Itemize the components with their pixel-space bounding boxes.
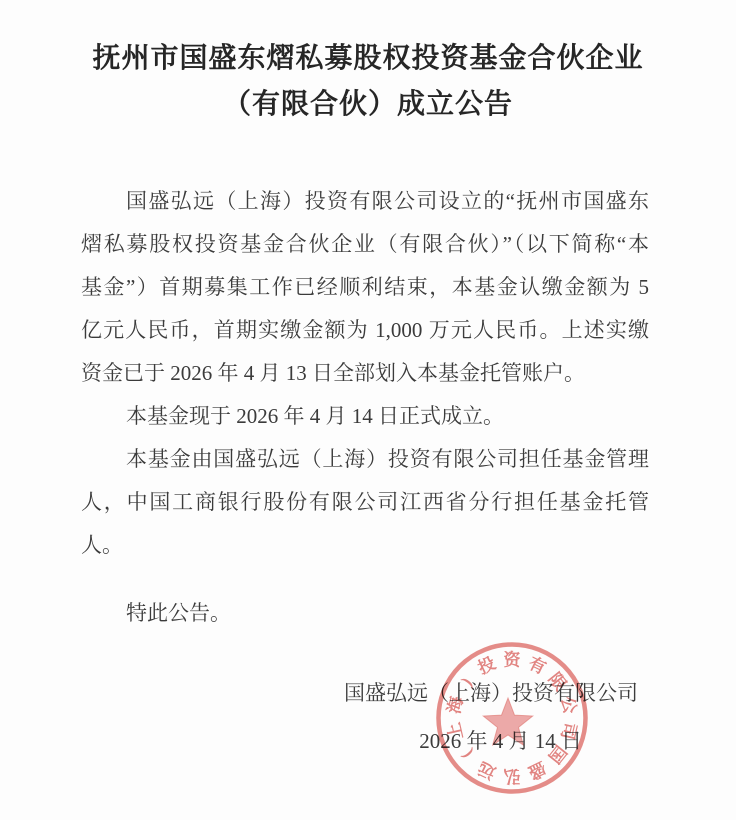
body-line: 基金”）首期募集工作已经顺利结束，本基金认缴金额为 5 — [81, 266, 649, 309]
body-line: 国盛弘远（上海）投资有限公司设立的“抚州市国盛东 — [81, 180, 649, 223]
title-line-2: （有限合伙）成立公告 — [0, 82, 736, 128]
seal-text: 国盛弘远(上海)投资有限公司 — [443, 650, 579, 786]
seal-char: 弘 — [503, 767, 521, 786]
body-line: 亿元人民币，首期实缴金额为 1,000 万元人民币。上述实缴 — [81, 309, 649, 352]
body-line: 特此公告。 — [81, 592, 649, 635]
body-line: 本基金现于 2026 年 4 月 14 日正式成立。 — [81, 395, 649, 438]
body-line: 资金已于 2026 年 4 月 13 日全部划入本基金托管账户。 — [81, 352, 649, 395]
company-seal: 国盛弘远(上海)投资有限公司 — [432, 638, 592, 798]
seal-ring — [439, 645, 586, 792]
paragraph: 特此公告。 — [81, 592, 649, 635]
body-line: 人，中国工商银行股份有限公司江西省分行担任基金托管 — [81, 481, 649, 524]
paragraph: 国盛弘远（上海）投资有限公司设立的“抚州市国盛东熠私募股权投资基金合伙企业（有限… — [81, 180, 649, 395]
title-line-1: 抚州市国盛东熠私募股权投资基金合伙企业 — [0, 36, 736, 82]
signature-date: 2026 年 4 月 14 日 — [81, 720, 649, 763]
signature-company: 国盛弘远（上海）投资有限公司 — [81, 672, 649, 715]
paragraph: 本基金现于 2026 年 4 月 14 日正式成立。 — [81, 395, 649, 438]
paragraph: 本基金由国盛弘远（上海）投资有限公司担任基金管理人，中国工商银行股份有限公司江西… — [81, 438, 649, 567]
body-line: 本基金由国盛弘远（上海）投资有限公司担任基金管理 — [81, 438, 649, 481]
announcement-document: 抚州市国盛东熠私募股权投资基金合伙企业 （有限合伙）成立公告 国盛弘远（上海）投… — [0, 0, 736, 820]
seal-char: 资 — [504, 650, 522, 670]
body-line: 熠私募股权投资基金合伙企业（有限合伙）”（以下简称“本 — [81, 223, 649, 266]
body-text: 国盛弘远（上海）投资有限公司设立的“抚州市国盛东熠私募股权投资基金合伙企业（有限… — [81, 180, 649, 635]
body-line: 人。 — [81, 524, 649, 567]
document-title: 抚州市国盛东熠私募股权投资基金合伙企业 （有限合伙）成立公告 — [0, 36, 736, 128]
